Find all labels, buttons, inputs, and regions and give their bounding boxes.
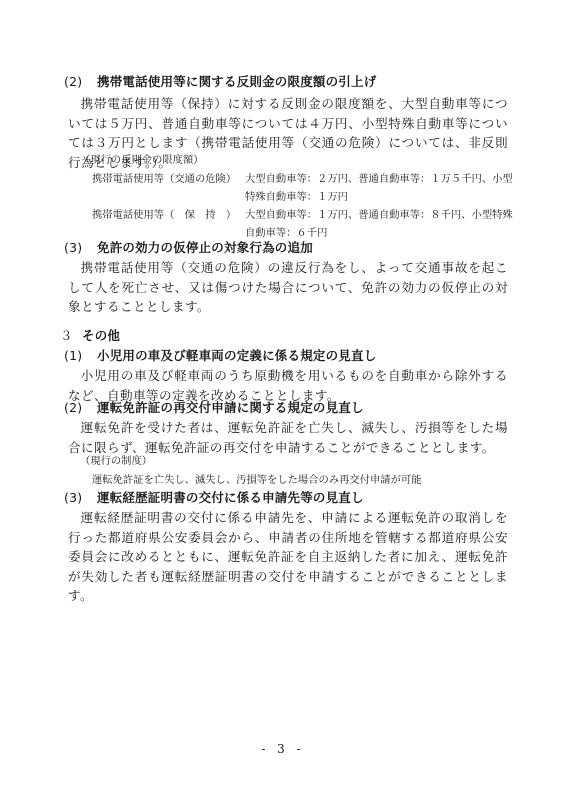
subsection-number: (2) <box>64 74 97 90</box>
paragraph: 運転経歴証明書の交付に係る申請先を、申請による運転免許の取消しを行った都道府県公… <box>68 508 508 606</box>
current-limit-row: 携帯電話使用等（交通の危険） 大型自動車等：２万円、普通自動車等：１万５千円、小… <box>92 170 517 206</box>
subsection-heading: (1)小児用の車及び軽車両の定義に係る規定の見直し <box>64 348 376 364</box>
subsection-title: 運転免許証の再交付申請に関する規定の見直し <box>97 400 364 415</box>
row-label: 携帯電話使用等（交通の危険） <box>92 170 236 188</box>
note-label: （現行の反則金の限度額） <box>80 151 204 169</box>
subsection-title: 免許の効力の仮停止の対象行為の追加 <box>97 240 313 255</box>
subsection-number: (1) <box>64 348 97 364</box>
subsection-number: (3) <box>64 240 97 256</box>
subsection-title: 小児用の車及び軽車両の定義に係る規定の見直し <box>97 348 376 363</box>
paragraph: 携帯電話使用等（交通の危険）の違反行為をし、よって交通事故を起こして人を死亡させ… <box>68 258 508 317</box>
subsection-title: 携帯電話使用等に関する反則金の限度額の引上げ <box>97 74 376 89</box>
section-number: ３ <box>60 328 82 344</box>
page-number: - 3 - <box>0 742 566 756</box>
document-page: (2)携帯電話使用等に関する反則金の限度額の引上げ 携帯電話使用等（保持）に対す… <box>0 0 566 800</box>
row-value: 大型自動車等：２万円、普通自動車等：１万５千円、小型特殊自動車等：１万円 <box>245 170 515 206</box>
subsection-title: 運転経歴証明書の交付に係る申請先等の見直し <box>97 490 364 505</box>
note-label: （現行の制度） <box>80 452 152 470</box>
subsection-heading: (3)免許の効力の仮停止の対象行為の追加 <box>64 240 313 256</box>
section-title: その他 <box>82 328 120 343</box>
row-label: 携帯電話使用等（ 保 持 ） <box>92 206 236 224</box>
note-text: 運転免許証を亡失し、滅失し、汚損等をした場合のみ再交付申請が可能 <box>92 471 422 489</box>
current-limit-row: 携帯電話使用等（ 保 持 ） 大型自動車等：１万円、普通自動車等：８千円、小型特… <box>92 206 517 242</box>
section-heading: ３その他 <box>60 328 120 344</box>
subsection-heading: (3)運転経歴証明書の交付に係る申請先等の見直し <box>64 490 364 506</box>
subsection-heading: (2)携帯電話使用等に関する反則金の限度額の引上げ <box>64 74 376 90</box>
row-value: 大型自動車等：１万円、普通自動車等：８千円、小型特殊自動車等：６千円 <box>245 206 515 242</box>
subsection-number: (2) <box>64 400 97 416</box>
subsection-heading: (2)運転免許証の再交付申請に関する規定の見直し <box>64 400 364 416</box>
subsection-number: (3) <box>64 490 97 506</box>
